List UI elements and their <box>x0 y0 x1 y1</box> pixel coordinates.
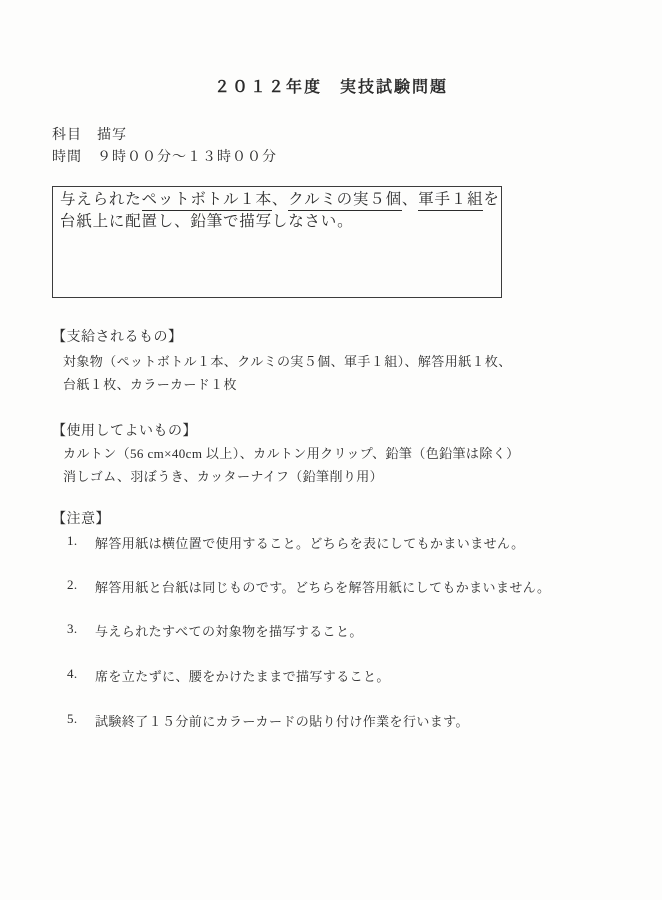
exam-document-page: ２０１２年度 実技試験問題 科目描写 時間９時００分～１３時００分 与えられたペ… <box>0 0 662 900</box>
time-value: ９時００分～１３時００分 <box>97 150 277 165</box>
task-object-1-underlined: ペットボトル１本 <box>142 191 272 211</box>
note-text: 解答用紙は横位置で使用すること。どちらを表にしてもかまいません。 <box>95 533 525 552</box>
allowed-section-heading: 【使用してよいもの】 <box>52 420 197 440</box>
task-prefix: 与えられた <box>60 191 142 208</box>
note-number: 3. <box>67 621 95 640</box>
note-text: 解答用紙と台紙は同じものです。どちらを解答用紙にしてもかまいません。 <box>95 577 550 596</box>
note-item-3: 3. 与えられたすべての対象物を描写すること。 <box>67 621 363 640</box>
note-item-5: 5. 試験終了１５分前にカラーカードの貼り付け作業を行います。 <box>67 711 469 730</box>
task-suffix: を <box>483 191 499 208</box>
supplied-section-heading: 【支給されるもの】 <box>52 326 183 346</box>
note-item-1: 1. 解答用紙は横位置で使用すること。どちらを表にしてもかまいません。 <box>67 533 525 552</box>
allowed-line-1: カルトン（56 cm×40cm 以上）、カルトン用クリップ、鉛筆（色鉛筆は除く） <box>63 443 520 462</box>
note-number: 2. <box>67 577 95 596</box>
allowed-line-2: 消しゴム、羽ぼうき、カッターナイフ（鉛筆削り用） <box>63 466 383 485</box>
task-instruction-line1: 与えられたペットボトル１本、クルミの実５個、軍手１組を <box>53 187 501 209</box>
note-text: 席を立たずに、腰をかけたままで描写すること。 <box>95 666 390 685</box>
task-separator-1: 、 <box>272 191 288 208</box>
note-text: 試験終了１５分前にカラーカードの貼り付け作業を行います。 <box>95 711 469 730</box>
task-instruction-box: 与えられたペットボトル１本、クルミの実５個、軍手１組を 台紙上に配置し、鉛筆で描… <box>52 186 502 298</box>
task-instruction-line2: 台紙上に配置し、鉛筆で描写しなさい。 <box>53 209 501 231</box>
note-number: 4. <box>67 666 95 685</box>
note-number: 1. <box>67 533 95 552</box>
subject-label: 科目 <box>52 128 82 143</box>
subject-value: 描写 <box>97 128 127 143</box>
note-item-4: 4. 席を立たずに、腰をかけたままで描写すること。 <box>67 666 390 685</box>
task-object-2-underlined: クルミの実５個 <box>288 191 402 211</box>
time-label: 時間 <box>52 150 82 165</box>
note-number: 5. <box>67 711 95 730</box>
subject-row: 科目描写 <box>52 124 127 144</box>
page-title: ２０１２年度 実技試験問題 <box>0 74 662 97</box>
time-row: 時間９時００分～１３時００分 <box>52 146 277 166</box>
notes-section-heading: 【注意】 <box>52 508 110 528</box>
supplied-line-2: 台紙１枚、カラーカード１枚 <box>63 374 237 393</box>
task-separator-2: 、 <box>402 191 418 208</box>
note-item-2: 2. 解答用紙と台紙は同じものです。どちらを解答用紙にしてもかまいません。 <box>67 577 550 596</box>
note-text: 与えられたすべての対象物を描写すること。 <box>95 621 363 640</box>
supplied-line-1: 対象物（ペットボトル１本、クルミの実５個、軍手１組）、解答用紙１枚、 <box>63 351 512 370</box>
task-object-3-underlined: 軍手１組 <box>418 191 483 211</box>
